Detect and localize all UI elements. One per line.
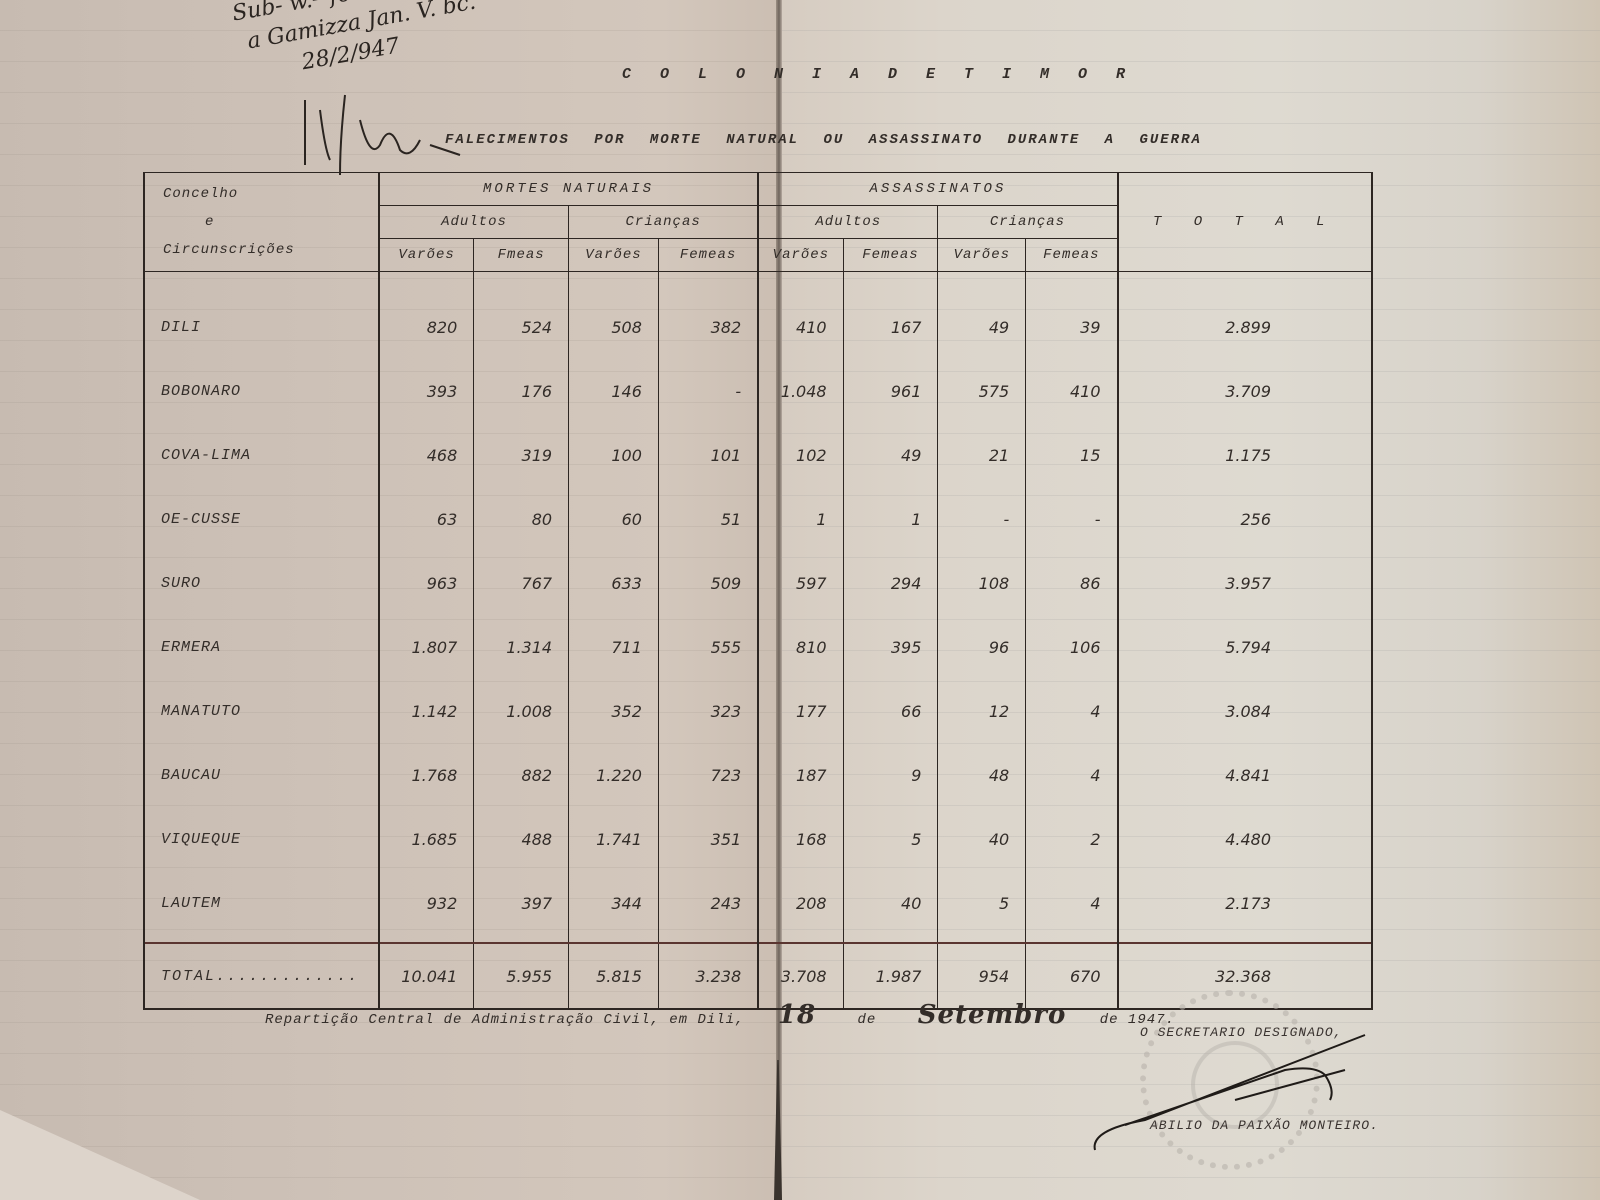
cell-ass-cr-f: - <box>1026 487 1118 551</box>
cell-ass-ad-f: 294 <box>843 551 938 615</box>
cell-nat-cr-v: 352 <box>569 679 659 743</box>
cell-ass-cr-f: 4 <box>1026 871 1118 943</box>
cell-nat-ad-f: 1.314 <box>474 615 569 679</box>
cell-nat-ad-f: 176 <box>474 359 569 423</box>
cell-nat-ad-v: 1.685 <box>379 807 474 871</box>
cell-total: 2.173 <box>1118 871 1372 943</box>
cell-nat-cr-v: 508 <box>569 272 659 360</box>
header-concelho-line: Concelho <box>163 180 377 208</box>
cell-ass-cr-v: - <box>938 487 1026 551</box>
header-concelho-line: e <box>163 208 377 236</box>
cell-ass-cr-v: 48 <box>938 743 1026 807</box>
cell-concelho: VIQUEQUE <box>144 807 379 871</box>
cell-nat-ad-v: 1.142 <box>379 679 474 743</box>
cell-total: 4.480 <box>1118 807 1372 871</box>
cell-nat-ad-v: 63 <box>379 487 474 551</box>
cell-ass-ad-v: 208 <box>758 871 843 943</box>
cell-ass-cr-v: 12 <box>938 679 1026 743</box>
table-row: BOBONARO393176146-1.0489615754103.709 <box>144 359 1372 423</box>
cell-ass-cr-v: 108 <box>938 551 1026 615</box>
column-header-concelho: Concelho e Circunscrições <box>144 173 379 272</box>
cell-nat-cr-v: 1.220 <box>569 743 659 807</box>
header-ass-adult-varoes: Varões <box>758 239 843 272</box>
cell-ass-cr-v: 40 <box>938 807 1026 871</box>
cell-ass-ad-v: 177 <box>758 679 843 743</box>
footer-place: Repartição Central de Administração Civi… <box>265 1012 744 1028</box>
header-ass-child-femeas: Femeas <box>1026 239 1118 272</box>
column-group-assassinatos: ASSASSINATOS <box>758 173 1117 206</box>
cell-ass-ad-v: 102 <box>758 423 843 487</box>
subgroup-nat-criancas: Crianças <box>569 206 759 239</box>
cell-nat-cr-v: 100 <box>569 423 659 487</box>
header-concelho-line: Circunscrições <box>163 236 377 264</box>
secretary-signature-icon <box>1085 1030 1375 1160</box>
cell-concelho: BAUCAU <box>144 743 379 807</box>
cell-total: 4.841 <box>1118 743 1372 807</box>
cell-concelho: ERMERA <box>144 615 379 679</box>
cell-nat-cr-f: 555 <box>658 615 758 679</box>
cell-nat-cr-v: 60 <box>569 487 659 551</box>
footer-month: Setembro <box>918 1000 1067 1030</box>
cell-nat-cr-v: 146 <box>569 359 659 423</box>
table-row: COVA-LIMA4683191001011024921151.175 <box>144 423 1372 487</box>
cell-ass-cr-f: 39 <box>1026 272 1118 360</box>
header-nat-adult-femeas: Fmeas <box>474 239 569 272</box>
cell-ass-ad-f: 40 <box>843 871 938 943</box>
table-row: MANATUTO1.1421.008352323177661243.084 <box>144 679 1372 743</box>
cell-nat-ad-v: 393 <box>379 359 474 423</box>
document-title: C O L O N I A D E T I M O R <box>622 66 1135 83</box>
cell-nat-cr-f: 723 <box>658 743 758 807</box>
cell-ass-cr-v: 49 <box>938 272 1026 360</box>
table-row: DILI82052450838241016749392.899 <box>144 272 1372 360</box>
secretary-name: ABILIO DA PAIXÃO MONTEIRO. <box>1150 1118 1379 1133</box>
cell-ass-ad-f: 395 <box>843 615 938 679</box>
cell-ass-ad-f: 1 <box>843 487 938 551</box>
cell-total: 3.084 <box>1118 679 1372 743</box>
cell-ass-cr-f: 4 <box>1026 679 1118 743</box>
header-nat-adult-varoes: Varões <box>379 239 474 272</box>
cell-concelho: OE-CUSSE <box>144 487 379 551</box>
cell-nat-cr-f: 382 <box>658 272 758 360</box>
cell-nat-cr-f: 351 <box>658 807 758 871</box>
cell-nat-cr-f: - <box>658 359 758 423</box>
cell-nat-cr-f: 509 <box>658 551 758 615</box>
table-row: LAUTEM93239734424320840542.173 <box>144 871 1372 943</box>
cell-nat-ad-f: 524 <box>474 272 569 360</box>
cell-ass-ad-v: 187 <box>758 743 843 807</box>
cell-nat-ad-f: 1.008 <box>474 679 569 743</box>
cell-total: 3.709 <box>1118 359 1372 423</box>
cell-ass-cr-f: 410 <box>1026 359 1118 423</box>
cell-ass-cr-v: 5 <box>938 871 1026 943</box>
cell-total: 1.175 <box>1118 423 1372 487</box>
header-nat-child-femeas: Femeas <box>658 239 758 272</box>
cell-ass-cr-f: 106 <box>1026 615 1118 679</box>
table-body: DILI82052450838241016749392.899BOBONARO3… <box>144 272 1372 1010</box>
subgroup-nat-adultos: Adultos <box>379 206 569 239</box>
cell-nat-ad-f: 767 <box>474 551 569 615</box>
cell-ass-cr-v: 21 <box>938 423 1026 487</box>
cell-ass-cr-f: 15 <box>1026 423 1118 487</box>
subgroup-ass-criancas: Crianças <box>938 206 1118 239</box>
cell-nat-ad-v: 963 <box>379 551 474 615</box>
cell-ass-ad-f: 9 <box>843 743 938 807</box>
cell-concelho: SURO <box>144 551 379 615</box>
cell-ass-ad-f: 167 <box>843 272 938 360</box>
cell-nat-cr-f: 51 <box>658 487 758 551</box>
cell-ass-cr-v: 96 <box>938 615 1026 679</box>
column-header-total: T O T A L <box>1118 173 1372 272</box>
cell-nat-cr-f: 243 <box>658 871 758 943</box>
cell-nat-ad-f: 319 <box>474 423 569 487</box>
table-row: BAUCAU1.7688821.22072318794844.841 <box>144 743 1372 807</box>
cell-ass-ad-v: 597 <box>758 551 843 615</box>
cell-ass-ad-v: 1 <box>758 487 843 551</box>
cell-nat-ad-v: 820 <box>379 272 474 360</box>
cell-total: 2.899 <box>1118 272 1372 360</box>
cell-ass-cr-f: 2 <box>1026 807 1118 871</box>
cell-nat-ad-v: 1.807 <box>379 615 474 679</box>
header-ass-adult-femeas: Femeas <box>843 239 938 272</box>
cell-nat-cr-v: 633 <box>569 551 659 615</box>
table-row: ERMERA1.8071.314711555810395961065.794 <box>144 615 1372 679</box>
cell-total: 5.794 <box>1118 615 1372 679</box>
cell-ass-ad-v: 810 <box>758 615 843 679</box>
cell-ass-ad-v: 168 <box>758 807 843 871</box>
cell-ass-cr-f: 4 <box>1026 743 1118 807</box>
table-row: VIQUEQUE1.6854881.74135116854024.480 <box>144 807 1372 871</box>
table-row: SURO963767633509597294108863.957 <box>144 551 1372 615</box>
cell-ass-ad-f: 49 <box>843 423 938 487</box>
cell-total: 3.957 <box>1118 551 1372 615</box>
subgroup-ass-adultos: Adultos <box>758 206 938 239</box>
cell-nat-ad-v: 1.768 <box>379 743 474 807</box>
deaths-table: Concelho e Circunscrições MORTES NATURAI… <box>143 172 1373 1010</box>
cell-ass-ad-f: 66 <box>843 679 938 743</box>
cell-concelho: BOBONARO <box>144 359 379 423</box>
cell-concelho: DILI <box>144 272 379 360</box>
cell-nat-cr-v: 344 <box>569 871 659 943</box>
header-nat-child-varoes: Varões <box>569 239 659 272</box>
cell-nat-ad-f: 80 <box>474 487 569 551</box>
table-row: OE-CUSSE6380605111--256 <box>144 487 1372 551</box>
footer-day: 18 <box>778 1000 816 1030</box>
cell-total: 256 <box>1118 487 1372 551</box>
cell-ass-ad-f: 5 <box>843 807 938 871</box>
cell-concelho: COVA-LIMA <box>144 423 379 487</box>
cell-nat-ad-v: 468 <box>379 423 474 487</box>
cell-ass-cr-f: 86 <box>1026 551 1118 615</box>
column-group-mortes-naturais: MORTES NATURAIS <box>379 173 758 206</box>
cell-nat-ad-f: 397 <box>474 871 569 943</box>
cell-concelho: LAUTEM <box>144 871 379 943</box>
cell-nat-cr-f: 323 <box>658 679 758 743</box>
document-subtitle: FALECIMENTOS POR MORTE NATURAL OU ASSASS… <box>445 132 1202 148</box>
cell-ass-cr-v: 575 <box>938 359 1026 423</box>
cell-concelho: MANATUTO <box>144 679 379 743</box>
cell-nat-cr-v: 711 <box>569 615 659 679</box>
cell-nat-ad-f: 488 <box>474 807 569 871</box>
cell-nat-ad-f: 882 <box>474 743 569 807</box>
cell-ass-ad-v: 1.048 <box>758 359 843 423</box>
cell-nat-ad-v: 932 <box>379 871 474 943</box>
cell-nat-cr-v: 1.741 <box>569 807 659 871</box>
header-ass-child-varoes: Varões <box>938 239 1026 272</box>
footer-place-date: Repartição Central de Administração Civi… <box>265 1000 1175 1030</box>
cell-ass-ad-f: 961 <box>843 359 938 423</box>
footer-de: de <box>857 1012 876 1028</box>
cell-nat-cr-f: 101 <box>658 423 758 487</box>
cell-ass-ad-v: 410 <box>758 272 843 360</box>
